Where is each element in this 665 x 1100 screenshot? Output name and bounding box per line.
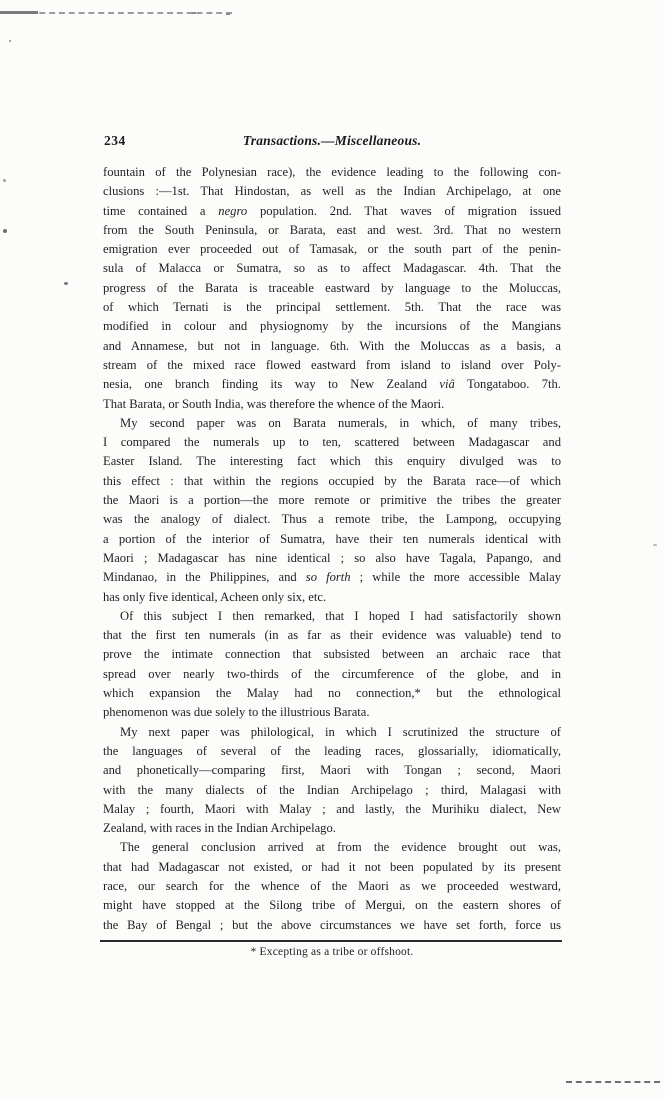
- text-line: has only five identical, Acheen only six…: [103, 588, 561, 607]
- footnote: * Excepting as a tribe or offshoot.: [103, 946, 561, 958]
- text-line: Mindanao, in the Philippines, and so for…: [103, 568, 561, 587]
- text-line: I compared the numerals up to ten, scatt…: [103, 433, 561, 452]
- text-line: the Maori is a portion—the more remote o…: [103, 491, 561, 510]
- text-line: which expansion the Malay had no connect…: [103, 684, 561, 703]
- scan-speck: [3, 229, 7, 233]
- text-line: prove the intimate connection that subsi…: [103, 645, 561, 664]
- text-line: a portion of the interior of Sumatra, ha…: [103, 530, 561, 549]
- text-line: race, our search for the whence of the M…: [103, 877, 561, 896]
- text-line: the languages of several of the leading …: [103, 742, 561, 761]
- text-line: Of this subject I then remarked, that I …: [103, 607, 561, 626]
- scan-artifact-top-dark-dash: [0, 11, 38, 14]
- text-line: progress of the Barata is traceable east…: [103, 279, 561, 298]
- text-line: was the analogy of dialect. Thus a remot…: [103, 510, 561, 529]
- text-line: that had Madagascar not existed, or had …: [103, 858, 561, 877]
- scan-speck: [192, 12, 196, 14]
- text-line: stream of the mixed race flowed eastward…: [103, 356, 561, 375]
- text-line: of which Ternati is the principal settle…: [103, 298, 561, 317]
- text-line: sula of Malacca or Sumatra, so as to aff…: [103, 259, 561, 278]
- text-line: and phonetically—comparing first, Maori …: [103, 761, 561, 780]
- text-line: fountain of the Polynesian race), the ev…: [103, 163, 561, 182]
- text-line: emigration ever proceeded out of Tamasak…: [103, 240, 561, 259]
- text-line: Malay ; fourth, Maori with Malay ; and l…: [103, 800, 561, 819]
- text-line: might have stopped at the Silong tribe o…: [103, 896, 561, 915]
- scan-speck: [64, 282, 68, 285]
- text-line: and Annamese, but not in language. 6th. …: [103, 337, 561, 356]
- page-header: 234 Transactions.—Miscellaneous.: [103, 133, 561, 151]
- text-line: My next paper was philological, in which…: [103, 723, 561, 742]
- text-line: Easter Island. The interesting fact whic…: [103, 452, 561, 471]
- scan-speck: [226, 13, 230, 15]
- scan-speck: [9, 40, 11, 42]
- text-line: with the many dialects of the Indian Arc…: [103, 781, 561, 800]
- text-line: The general conclusion arrived at from t…: [103, 838, 561, 857]
- scan-artifact-bottom-dashes: [566, 1081, 660, 1083]
- text-line: the Bay of Bengal ; but the above circum…: [103, 916, 561, 935]
- running-title: Transactions.—Miscellaneous.: [103, 133, 561, 149]
- text-line: My second paper was on Barata numerals, …: [103, 414, 561, 433]
- text-line: from the South Peninsula, or Barata, eas…: [103, 221, 561, 240]
- footnote-rule: [100, 940, 562, 942]
- text-line: That Barata, or South India, was therefo…: [103, 395, 561, 414]
- text-line: spread over nearly two-thirds of the cir…: [103, 665, 561, 684]
- text-line: this effect : that within the regions oc…: [103, 472, 561, 491]
- text-line: that the first ten numerals (in as far a…: [103, 626, 561, 645]
- text-line: time contained a negro population. 2nd. …: [103, 202, 561, 221]
- page-body: fountain of the Polynesian race), the ev…: [103, 163, 561, 935]
- text-line: nesia, one branch finding its way to New…: [103, 375, 561, 394]
- text-line: Zealand, with races in the Indian Archip…: [103, 819, 561, 838]
- text-line: modified in colour and physiognomy by th…: [103, 317, 561, 336]
- text-line: phenomenon was due solely to the illustr…: [103, 703, 561, 722]
- scan-speck: [653, 544, 657, 546]
- scan-speck: [3, 179, 6, 182]
- scanned-book-page: { "page": { "number": "234", "running_ti…: [0, 0, 665, 1100]
- text-line: Maori ; Madagascar has nine identical ; …: [103, 549, 561, 568]
- text-line: clusions :—1st. That Hindostan, as well …: [103, 182, 561, 201]
